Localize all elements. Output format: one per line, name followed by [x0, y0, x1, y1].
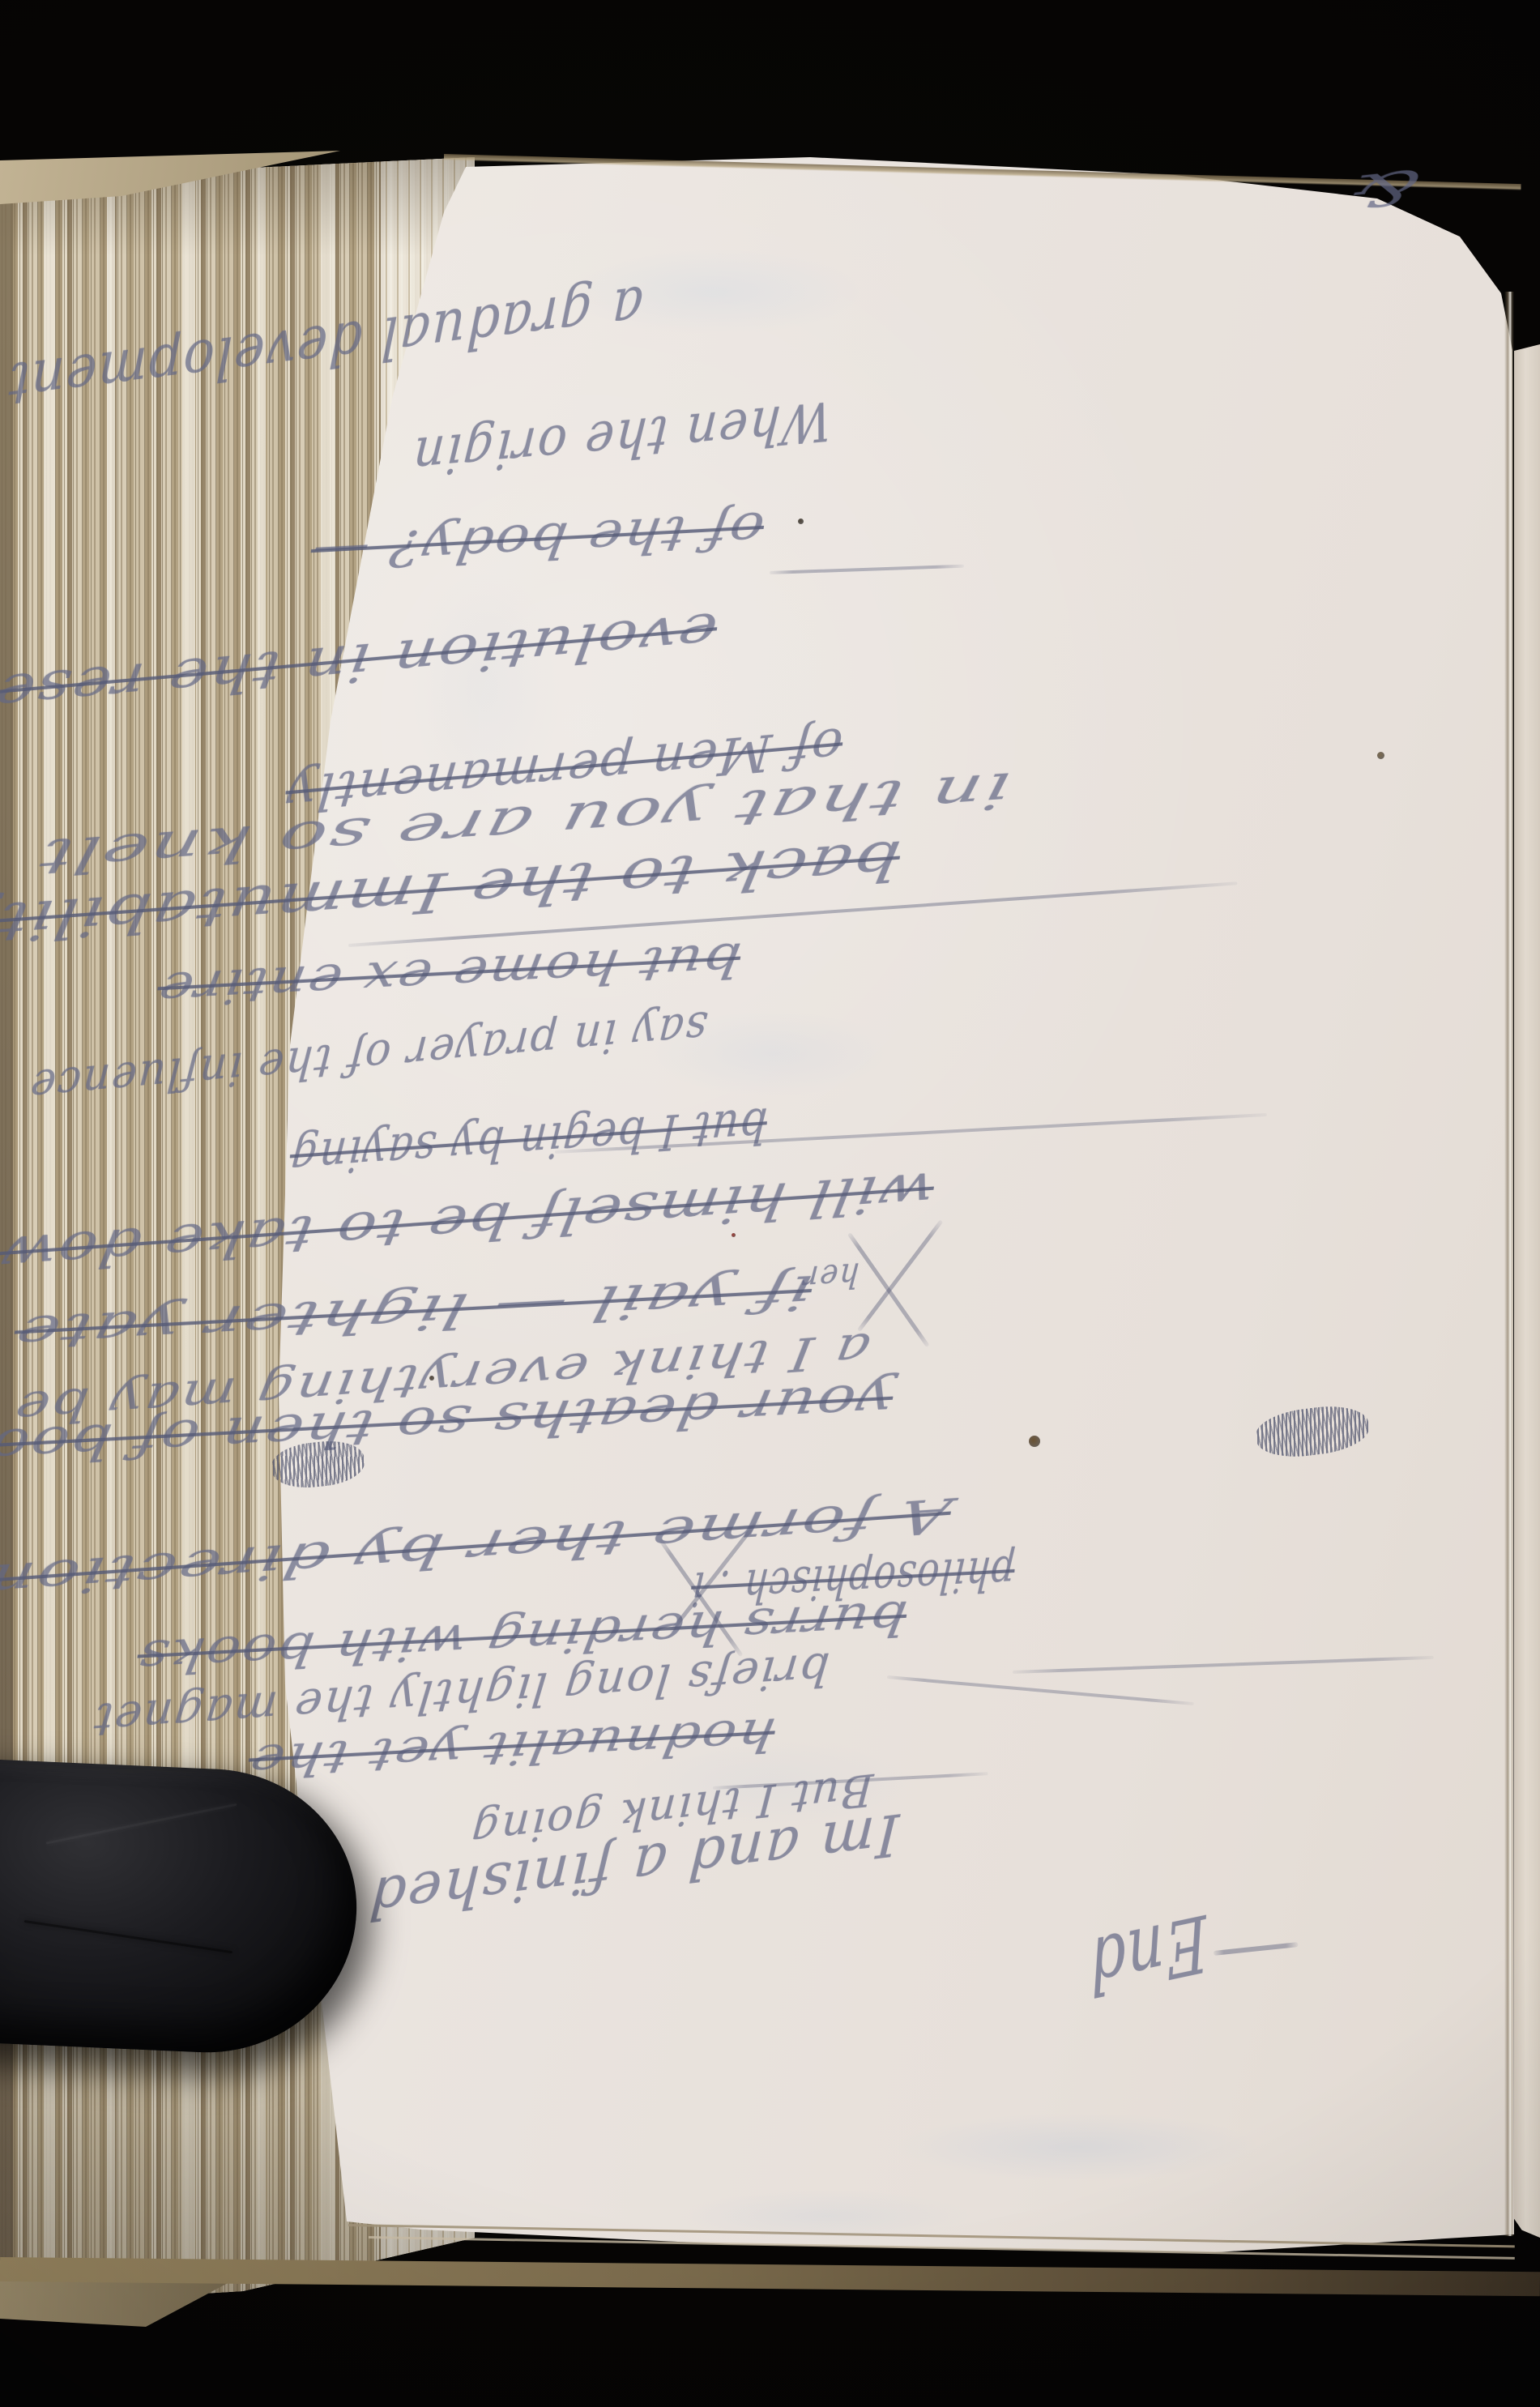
handwriting-line: evolution in the reserven — [188, 630, 1068, 707]
pencil-strike-stroke — [1013, 1656, 1434, 1674]
pencil-strike-stroke — [857, 1219, 943, 1332]
paper-speck — [429, 1376, 434, 1381]
handwriting-line: back to the Immutability — [309, 866, 1254, 932]
pencil-strike-stroke — [887, 1675, 1194, 1705]
glove-wrinkle — [24, 1920, 233, 1953]
handwriting-line: your deaths so then of books — [292, 1408, 1271, 1459]
handwriting-line: will himself be to take down — [338, 1193, 1316, 1261]
paper-speck — [1029, 1436, 1040, 1447]
pencil-strike-stroke — [770, 565, 964, 574]
handwriting-text: End — [1085, 1897, 1210, 2012]
handwriting-line: & — [1371, 208, 1444, 216]
handwriting-line: Im and a finished — [633, 1835, 1164, 1900]
paper-speck — [798, 519, 804, 524]
graphite-smudge — [616, 2179, 1037, 2252]
handwriting-line: When the origin — [645, 431, 1064, 467]
handwriting-text: When the origin — [410, 389, 834, 489]
handwriting-text: of the body? — — [306, 501, 768, 582]
handwriting-text: evolution in the reserven — [0, 600, 721, 738]
handwriting-line: philosophisch . i — [899, 1590, 1222, 1607]
scribbled-out-word — [1253, 1402, 1371, 1462]
handwriting-text: but I begin by saying — [288, 1096, 770, 1187]
handwriting-text: say in prayer of the influence — [27, 1001, 709, 1113]
photo-of-notebook-page: a gradual developmentWhen the originof t… — [0, 0, 1540, 2407]
handwriting-text: a gradual development — [6, 272, 644, 419]
pencil-strike-stroke — [1214, 1942, 1299, 1956]
handwriting-line: End — [1176, 1968, 1295, 1993]
paper-speck — [732, 1233, 736, 1237]
paper-speck — [1377, 752, 1384, 759]
glove-wrinkle — [46, 1803, 237, 1845]
handwriting-text: & — [1342, 157, 1425, 219]
